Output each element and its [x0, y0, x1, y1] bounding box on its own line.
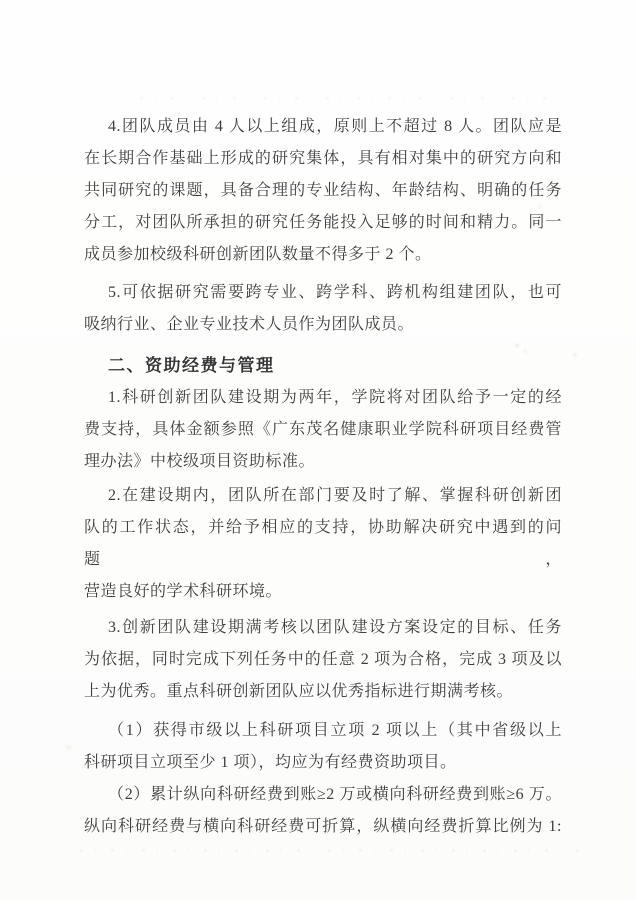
text-line: 理办法》中校级项目资助标准。: [84, 446, 562, 478]
text-line: 分工，对团队所承担的研究任务能投入足够的时间和精力。同一: [84, 207, 562, 239]
paragraph-team-rule-5: 5.可依据研究需要跨专业、跨学科、跨机构组建团队，也可 吸纳行业、企业专业技术人…: [84, 277, 562, 341]
text-line: 为依据，同时完成下列任务中的任意 2 项为合格，完成 3 项及以: [84, 644, 562, 676]
scan-noise-band: [80, 849, 580, 852]
text-line: 共同研究的课题，具备合理的专业结构、年龄结构、明确的任务: [84, 175, 562, 207]
text-line: 5.可依据研究需要跨专业、跨学科、跨机构组建团队，也可: [84, 277, 562, 309]
paragraph-assessment-item-1: （1）获得市级以上科研项目立项 2 项以上（其中省级以上 科研项目立项至少 1 …: [84, 715, 562, 779]
paragraph-funding-rule-3: 3.创新团队建设期满考核以团队建设方案设定的目标、任务 为依据，同时完成下列任务…: [84, 612, 562, 708]
scan-artifact: [573, 353, 577, 357]
text-line: 2.在建设期内，团队所在部门要及时了解、掌握科研创新团: [84, 480, 562, 512]
section-heading-funding-management: 二、资助经费与管理: [84, 350, 562, 382]
scan-artifact: [515, 344, 519, 347]
text-line: 4.团队成员由 4 人以上组成，原则上不超过 8 人。团队应是: [84, 111, 562, 143]
scan-noise-band: [140, 97, 570, 100]
document-body: 4.团队成员由 4 人以上组成，原则上不超过 8 人。团队应是 在长期合作基础上…: [84, 111, 562, 843]
text-line: 上为优秀。重点科研创新团队应以优秀指标进行期满考核。: [84, 676, 562, 708]
text-line: 3.创新团队建设期满考核以团队建设方案设定的目标、任务: [84, 612, 562, 644]
text-line: 成员参加校级科研创新团队数量不得多于 2 个。: [84, 239, 562, 271]
text-line: （1）获得市级以上科研项目立项 2 项以上（其中省级以上: [84, 715, 562, 747]
text-line: 营造良好的学术科研环境。: [84, 576, 562, 608]
text-line: （2）累计纵向科研经费到账≥2 万或横向科研经费到账≥6 万。: [84, 779, 562, 811]
text-line: 纵向科研经费与横向科研经费可折算，纵横向经费折算比例为 1:: [84, 811, 562, 843]
scan-artifact: [538, 205, 542, 208]
text-line: 吸纳行业、企业专业技术人员作为团队成员。: [84, 309, 562, 341]
paragraph-funding-rule-1: 1.科研创新团队建设期为两年，学院将对团队给予一定的经 费支持，具体金额参照《广…: [84, 382, 562, 478]
paragraph-assessment-item-2: （2）累计纵向科研经费到账≥2 万或横向科研经费到账≥6 万。 纵向科研经费与横…: [84, 779, 562, 843]
text-line: 费支持，具体金额参照《广东茂名健康职业学院科研项目经费管: [84, 414, 562, 446]
scanned-document-page: 4.团队成员由 4 人以上组成，原则上不超过 8 人。团队应是 在长期合作基础上…: [0, 0, 636, 900]
text-line: 在长期合作基础上形成的研究集体，具有相对集中的研究方向和: [84, 143, 562, 175]
scan-artifact: [66, 746, 72, 749]
scan-artifact: [524, 350, 527, 353]
text-line: 科研项目立项至少 1 项），均应为有经费资助项目。: [84, 747, 562, 779]
text-line: 1.科研创新团队建设期为两年，学院将对团队给予一定的经: [84, 382, 562, 414]
paragraph-team-rule-4: 4.团队成员由 4 人以上组成，原则上不超过 8 人。团队应是 在长期合作基础上…: [84, 111, 562, 271]
paragraph-funding-rule-2: 2.在建设期内，团队所在部门要及时了解、掌握科研创新团 队的工作状态，并给予相应…: [84, 480, 562, 608]
text-line: 队的工作状态，并给予相应的支持，协助解决研究中遇到的问题，: [84, 512, 562, 576]
